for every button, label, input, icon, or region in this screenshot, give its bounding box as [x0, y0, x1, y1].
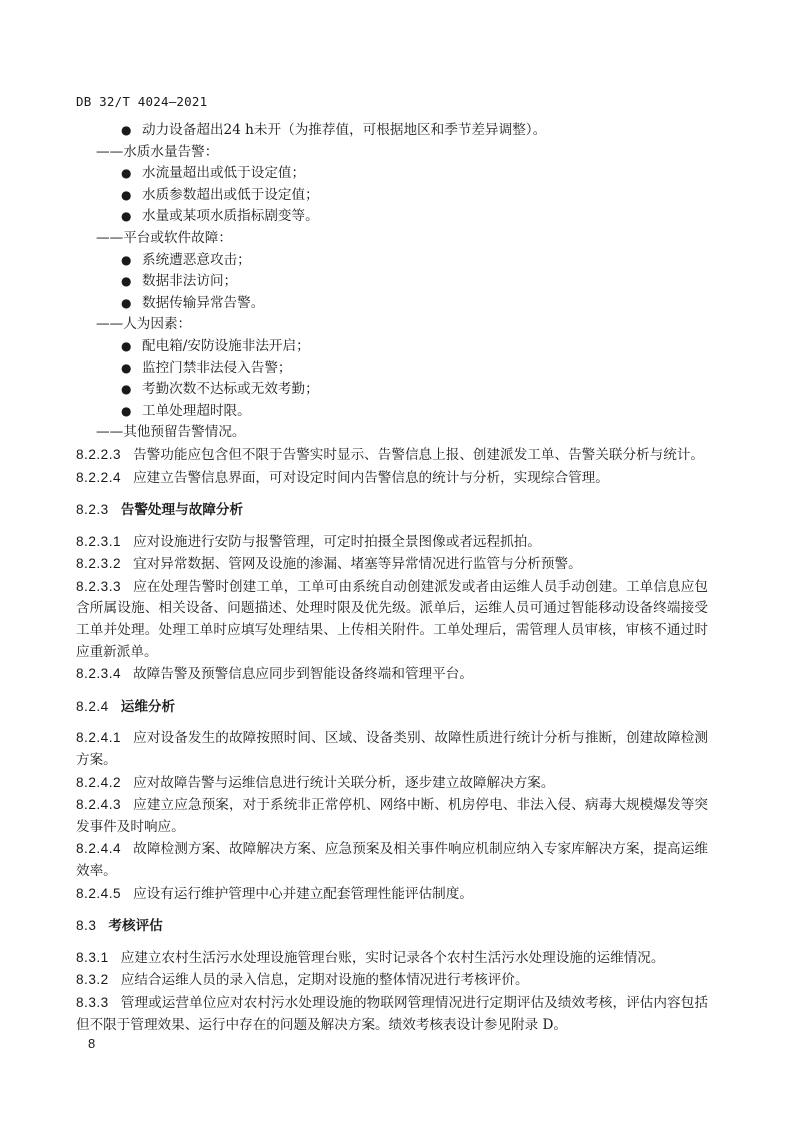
clause-number: 8.2.4.1 — [76, 727, 121, 749]
bullet-item: ●系统遭恶意攻击； — [76, 250, 708, 272]
clause-8-3-2: 8.3.2应结合运维人员的录入信息，定期对设施的整体情况进行考核评价。 — [76, 969, 708, 992]
page-number: 8 — [88, 1036, 95, 1051]
bullet-item: ●水量或某项水质指标剧变等。 — [76, 206, 708, 228]
clause-number: 8.2.3.4 — [76, 663, 121, 685]
bullet-item: ●工单处理超时限。 — [76, 401, 708, 423]
clause-8-2-4-1: 8.2.4.1应对设备发生的故障按照时间、区域、设备类别、故障性质进行统计分析与… — [76, 727, 708, 771]
clause-number: 8.3.1 — [76, 947, 109, 969]
bullet-icon: ● — [121, 185, 131, 207]
clause-8-2-4-2: 8.2.4.2应对故障告警与运维信息进行统计关联分析，逐步建立故障解决方案。 — [76, 772, 708, 795]
bullet-item: ●数据传输异常告警。 — [76, 293, 708, 315]
bullet-icon: ● — [121, 336, 131, 358]
clause-number: 8.3.3 — [76, 992, 109, 1014]
bullet-icon: ● — [121, 271, 131, 293]
clause-8-2-4-4: 8.2.4.4故障检测方案、故障解决方案、应急预案及相关事件响应机制应纳入专家库… — [76, 838, 708, 882]
clause-number: 8.2.3.3 — [76, 576, 121, 598]
clause-8-2-4-3: 8.2.4.3应建立应急预案，对于系统非正常停机、网络中断、机房停电、非法入侵、… — [76, 794, 708, 838]
bullet-item: ●水质参数超出或低于设定值； — [76, 185, 708, 207]
section-heading-8-2-4: 8.2.4运维分析 — [76, 696, 708, 719]
bullet-icon: ● — [121, 293, 131, 315]
clause-8-2-3-2: 8.2.3.2宜对异常数据、管网及设施的渗漏、堵塞等异常情况进行监管与分析预警。 — [76, 553, 708, 576]
dash-item: ——平台或软件故障： — [76, 228, 708, 250]
standard-id-header: DB 32/T 4024—2021 — [76, 94, 207, 109]
dash-item: ——水质水量告警： — [76, 142, 708, 164]
bullet-icon: ● — [121, 379, 131, 401]
clause-number: 8.2.3.1 — [76, 531, 121, 553]
section-heading-8-3: 8.3考核评估 — [76, 915, 708, 938]
clause-number: 8.2.4.4 — [76, 838, 121, 860]
bullet-icon: ● — [121, 358, 131, 380]
clause-8-2-3-1: 8.2.3.1应对设施进行安防与报警管理，可定时拍摄全景图像或者远程抓拍。 — [76, 531, 708, 554]
section-heading-8-2-3: 8.2.3告警处理与故障分析 — [76, 499, 708, 522]
bullet-item: ●动力设备超出24 h未开（为推荐值，可根据地区和季节差异调整）。 — [76, 120, 708, 142]
clause-number: 8.2.4.5 — [76, 883, 121, 905]
clause-8-3-3: 8.3.3管理或运营单位应对农村污水处理设施的物联网管理情况进行定期评估及绩效考… — [76, 992, 708, 1036]
bullet-icon: ● — [121, 250, 131, 272]
clause-number: 8.2.4.2 — [76, 772, 121, 794]
clause-number: 8.2.2.4 — [76, 467, 121, 489]
bullet-icon: ● — [121, 206, 131, 228]
clause-8-2-2-4: 8.2.2.4应建立告警信息界面，可对设定时间内告警信息的统计与分析，实现综合管… — [76, 467, 708, 490]
dash-item: ——其他预留告警情况。 — [76, 422, 708, 444]
clause-8-3-1: 8.3.1应建立农村生活污水处理设施管理台账，实时记录各个农村生活污水处理设施的… — [76, 947, 708, 970]
bullet-icon: ● — [121, 120, 131, 142]
document-body: ●动力设备超出24 h未开（为推荐值，可根据地区和季节差异调整）。 ——水质水量… — [76, 120, 708, 1036]
bullet-item: ●配电箱/安防设施非法开启； — [76, 336, 708, 358]
bullet-item: ●考勤次数不达标或无效考勤； — [76, 379, 708, 401]
bullet-item: ●水流量超出或低于设定值； — [76, 163, 708, 185]
clause-number: 8.2.3.2 — [76, 553, 121, 575]
clause-number: 8.2.2.3 — [76, 444, 121, 466]
clause-8-2-3-3: 8.2.3.3应在处理告警时创建工单，工单可由系统自动创建派发或者由运维人员手动… — [76, 576, 708, 663]
clause-8-2-2-3: 8.2.2.3告警功能应包含但不限于告警实时显示、告警信息上报、创建派发工单、告… — [76, 444, 708, 467]
clause-number: 8.2.4.3 — [76, 794, 121, 816]
clause-8-2-3-4: 8.2.3.4故障告警及预警信息应同步到智能设备终端和管理平台。 — [76, 663, 708, 686]
clause-number: 8.3.2 — [76, 969, 109, 991]
bullet-item: ●数据非法访问； — [76, 271, 708, 293]
bullet-icon: ● — [121, 163, 131, 185]
bullet-icon: ● — [121, 401, 131, 423]
clause-8-2-4-5: 8.2.4.5应设有运行维护管理中心并建立配套管理性能评估制度。 — [76, 883, 708, 906]
bullet-item: ●监控门禁非法侵入告警； — [76, 358, 708, 380]
dash-item: ——人为因素： — [76, 314, 708, 336]
